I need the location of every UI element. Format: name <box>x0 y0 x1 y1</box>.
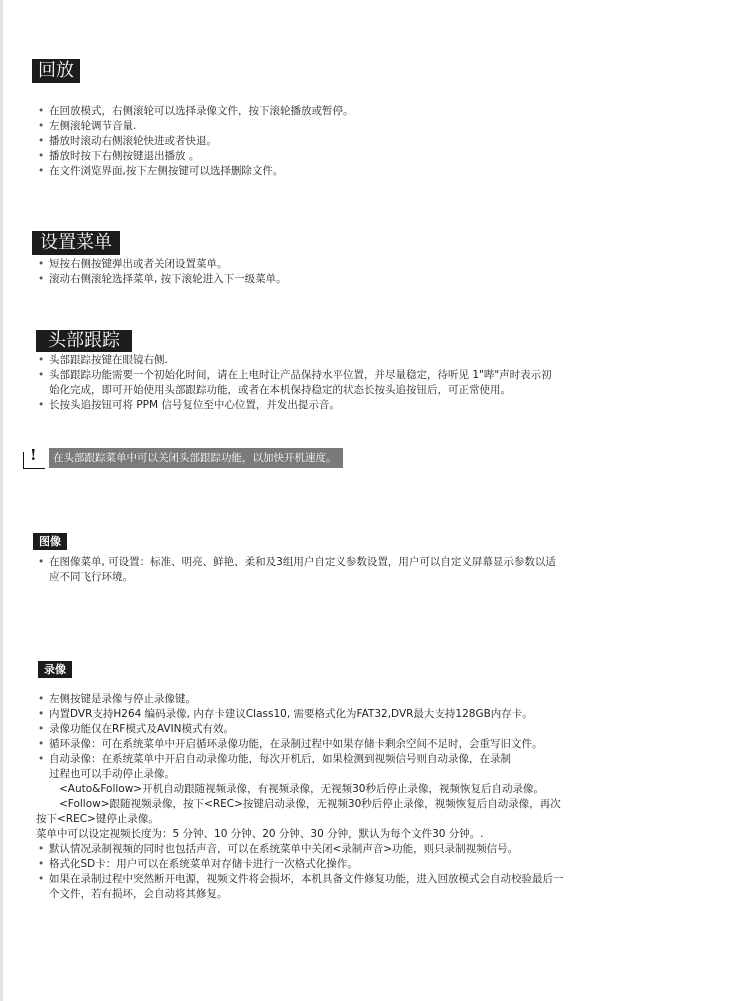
head-tracking-list: 头部跟踪按键在眼镜右侧. 头部跟踪功能需要一个初始化时间，请在上电时让产品保持水… <box>36 353 552 413</box>
list-item: 格式化SD卡：用户可以在系统菜单对存储卡进行一次格式化操作。 <box>36 857 564 872</box>
list-item-continuation: 个文件，若有损坏，会自动将其修复。 <box>36 887 564 902</box>
recording-list: 左侧按键是录像与停止录像键。 内置DVR支持H264 编码录像, 内存卡建议Cl… <box>36 692 564 902</box>
list-item: 短按右侧按键弹出或者关闭设置菜单。 <box>36 257 287 272</box>
page-edge <box>0 0 3 1001</box>
list-item: 在图像菜单, 可设置：标准、明亮、鲜艳、柔和及3组用户自定义参数设置，用户可以自… <box>36 555 556 570</box>
list-item: 自动录像：在系统菜单中开启自动录像功能，每次开机后，如果检测到视频信号则自动录像… <box>36 752 564 767</box>
list-item: 左侧滚轮调节音量. <box>36 119 354 134</box>
image-list: 在图像菜单, 可设置：标准、明亮、鲜艳、柔和及3组用户自定义参数设置，用户可以自… <box>36 555 556 585</box>
playback-list: 在回放模式，右侧滚轮可以选择录像文件，按下滚轮播放或暂停。 左侧滚轮调节音量. … <box>36 104 354 179</box>
list-item: 默认情况录制视频的同时也包括声音，可以在系统菜单中关闭<录制声音>功能，则只录制… <box>36 842 564 857</box>
warning-note: ! 在头部跟踪菜单中可以关闭头部跟踪功能，以加快开机速度。 <box>23 446 343 470</box>
list-item: 内置DVR支持H264 编码录像, 内存卡建议Class10, 需要格式化为FA… <box>36 707 564 722</box>
warning-text: 在头部跟踪菜单中可以关闭头部跟踪功能，以加快开机速度。 <box>49 448 343 468</box>
section-title-head-tracking: 头部跟踪 <box>36 330 132 352</box>
list-item-continuation: 过程也可以手动停止录像。 <box>36 767 564 782</box>
warning-icon: ! <box>23 452 45 469</box>
section-title-settings-menu: 设置菜单 <box>32 231 120 255</box>
list-item-continuation: 始化完成，即可开始使用头部跟踪功能，或者在本机保持稳定的状态长按头追按钮后，可正… <box>36 383 552 398</box>
list-item: 循环录像：可在系统菜单中开启循环录像功能，在录制过程中如果存储卡剩余空间不足时，… <box>36 737 564 752</box>
list-text-line: 菜单中可以设定视频长度为：5 分钟、10 分钟、20 分钟、30 分钟，默认为每… <box>36 827 564 842</box>
list-item: 左侧按键是录像与停止录像键。 <box>36 692 564 707</box>
list-item: 如果在录制过程中突然断开电源，视频文件将会损坏，本机具备文件修复功能，进入回放模… <box>36 872 564 887</box>
section-title-recording: 录像 <box>38 661 72 678</box>
list-sub-item: <Follow>跟随视频录像，按下<REC>按键启动录像，无视频30秒后停止录像… <box>36 797 564 812</box>
list-item: 播放时按下右侧按键退出播放 。 <box>36 149 354 164</box>
section-title-image: 图像 <box>33 533 67 550</box>
list-item: 长按头追按钮可将 PPM 信号复位至中心位置，并发出提示音。 <box>36 398 552 413</box>
list-item: 头部跟踪按键在眼镜右侧. <box>36 353 552 368</box>
list-item: 播放时滚动右侧滚轮快进或者快退。 <box>36 134 354 149</box>
list-item: 录像功能仅在RF模式及AVIN模式有效。 <box>36 722 564 737</box>
list-sub-item: <Auto&Follow>开机自动跟随视频录像，有视频录像，无视频30秒后停止录… <box>36 782 564 797</box>
list-text-line: 按下<REC>键停止录像。 <box>36 812 564 827</box>
list-item: 在回放模式，右侧滚轮可以选择录像文件，按下滚轮播放或暂停。 <box>36 104 354 119</box>
list-item: 头部跟踪功能需要一个初始化时间，请在上电时让产品保持水平位置，并尽量稳定，待听见… <box>36 368 552 383</box>
settings-menu-list: 短按右侧按键弹出或者关闭设置菜单。 滚动右侧滚轮选择菜单, 按下滚轮进入下一级菜… <box>36 257 287 287</box>
list-item-continuation: 应不同飞行环境。 <box>36 570 556 585</box>
list-item: 滚动右侧滚轮选择菜单, 按下滚轮进入下一级菜单。 <box>36 272 287 287</box>
section-title-playback: 回放 <box>32 59 80 83</box>
list-item: 在文件浏览界面,按下左侧按键可以选择删除文件。 <box>36 164 354 179</box>
